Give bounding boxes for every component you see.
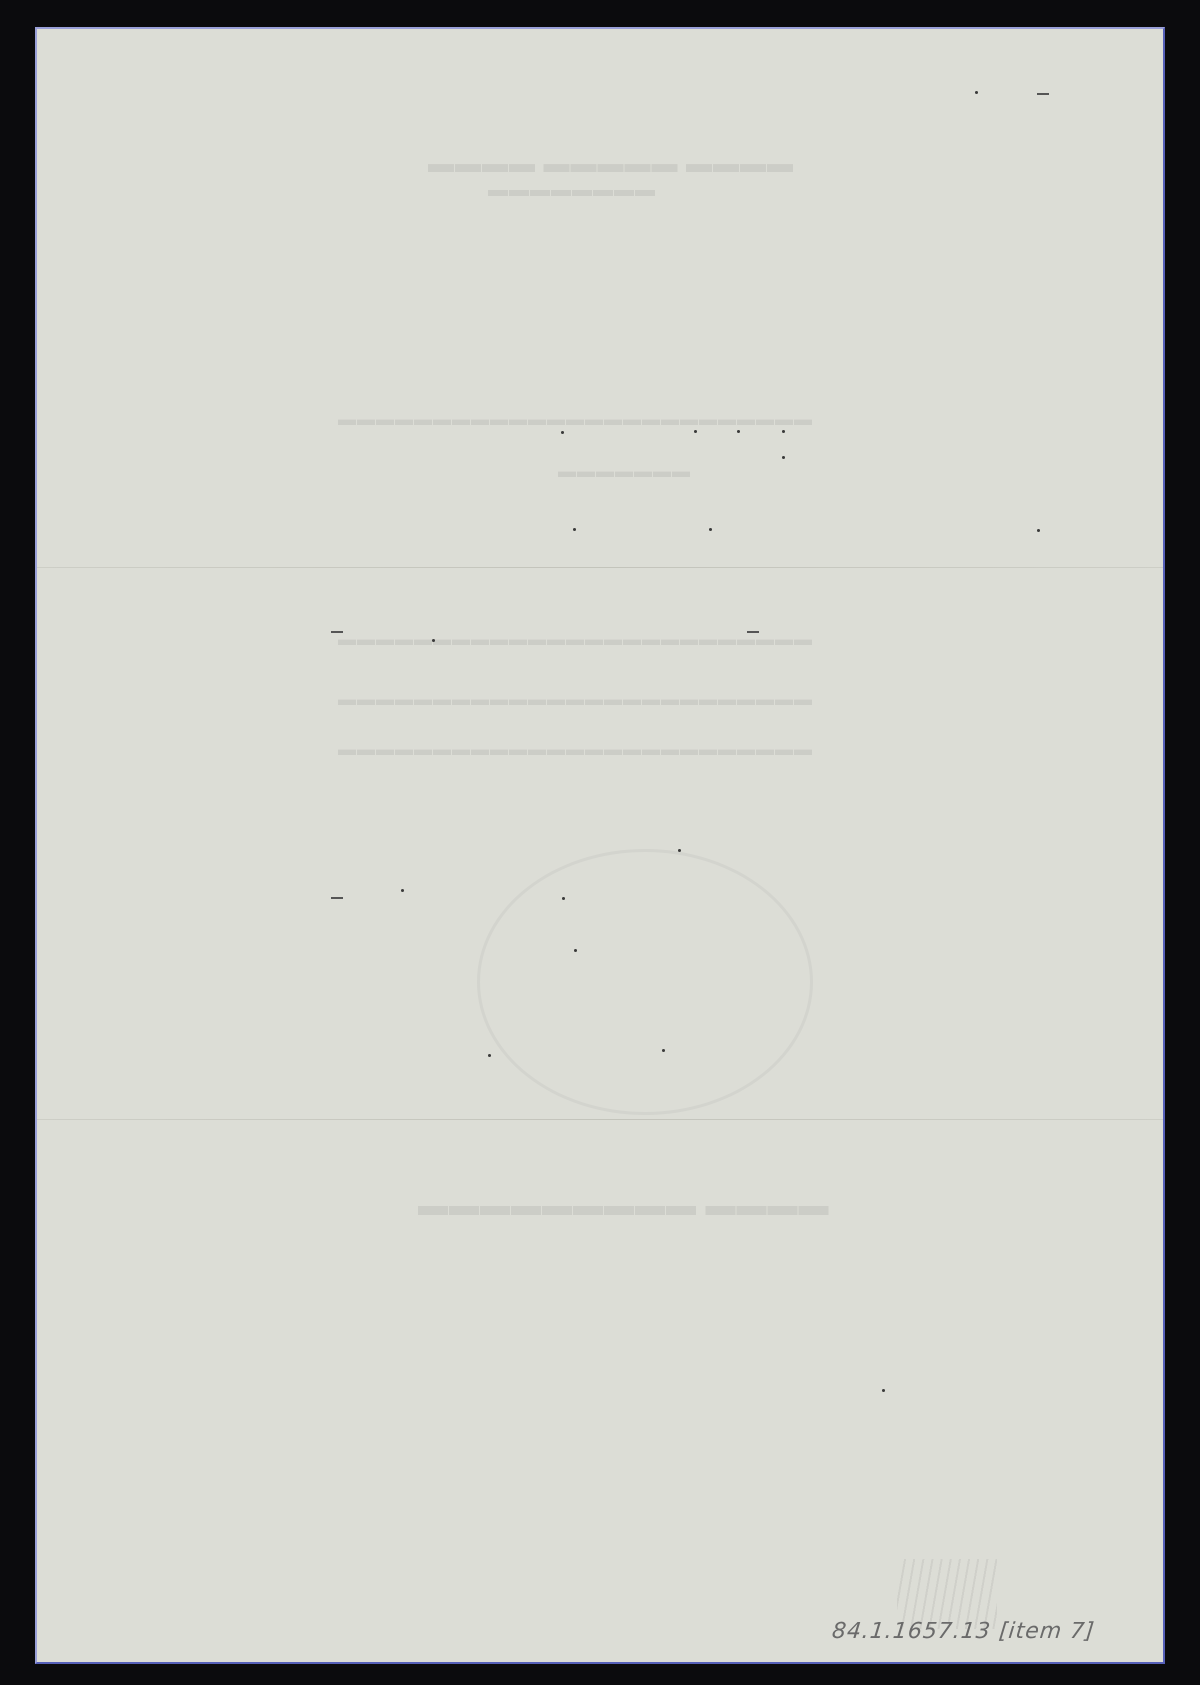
speck: [562, 897, 565, 900]
show-through-heading: ▬▬▬▬ ▬▬▬▬▬ ▬▬▬▬: [427, 149, 793, 179]
speck: [694, 430, 697, 433]
speck: [975, 91, 978, 94]
speck: [662, 1049, 665, 1052]
speck: [401, 889, 404, 892]
speck: [882, 1389, 885, 1392]
speck: [782, 430, 785, 433]
speck: [488, 1054, 491, 1057]
show-through-line: ▬▬▬▬▬▬▬: [557, 461, 690, 482]
speck: [678, 849, 681, 852]
show-through-line: ▬▬▬▬▬▬▬▬▬▬▬▬▬▬▬▬▬▬▬▬▬▬▬▬▬: [337, 689, 812, 710]
speck: [331, 897, 343, 899]
catalog-number: 84.1.1657.13 [item 7]: [831, 1619, 1096, 1644]
speck: [432, 639, 435, 642]
speck: [1037, 93, 1049, 95]
show-through-line: ▬▬▬▬▬▬▬▬▬▬▬▬▬▬▬▬▬▬▬▬▬▬▬▬▬: [337, 409, 812, 430]
speck: [782, 456, 785, 459]
fold-line: [37, 1119, 1163, 1120]
speck: [747, 631, 759, 633]
show-through-seal: [477, 849, 813, 1115]
fold-line: [37, 567, 1163, 568]
show-through-line: ▬▬▬▬▬▬▬▬▬▬▬▬▬▬▬▬▬▬▬▬▬▬▬▬▬: [337, 739, 812, 760]
speck: [561, 431, 564, 434]
speck: [737, 430, 740, 433]
show-through-line: ▬▬▬▬▬▬▬▬▬▬▬▬▬▬▬▬▬▬▬▬▬▬▬▬▬: [337, 629, 812, 650]
paper-sheet: ▬▬▬▬ ▬▬▬▬▬ ▬▬▬▬ ▬▬▬▬▬▬▬▬ ▬▬▬▬▬▬▬▬▬▬▬▬▬▬▬…: [35, 27, 1165, 1664]
show-through-subheading: ▬▬▬▬▬▬▬▬: [487, 179, 655, 202]
speck: [574, 949, 577, 952]
speck: [573, 528, 576, 531]
speck: [331, 631, 343, 633]
show-through-signature: ▬▬▬▬ ▬▬▬▬▬▬▬▬▬: [417, 1189, 829, 1223]
speck: [709, 528, 712, 531]
speck: [1037, 529, 1040, 532]
